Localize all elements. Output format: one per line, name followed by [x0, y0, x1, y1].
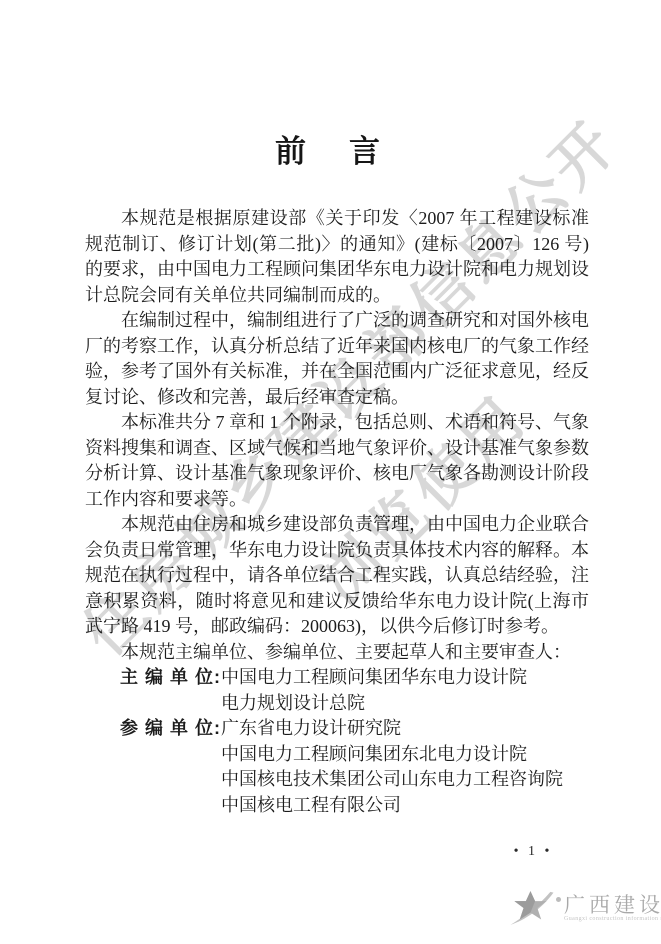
unit-name: 中国电力工程顾问集团东北电力设计院 [221, 742, 589, 768]
registered-dot-icon [556, 897, 561, 902]
preface-body: 本规范是根据原建设部《关于印发〈2007 年工程建设标准规范制订、修订计划(第二… [85, 206, 589, 818]
chief-editor-unit-row: 主 编 单 位: 中国电力工程顾问集团华东电力设计院 电力规划设计总院 [85, 665, 589, 716]
chief-editor-unit-names: 中国电力工程顾问集团华东电力设计院 电力规划设计总院 [221, 665, 589, 716]
page-title: 前 言 [0, 126, 661, 171]
participating-unit-label: 参 编 单 位: [85, 716, 221, 742]
logo-text-block: 广西建设网 Guangxi construction information n… [564, 894, 661, 922]
chief-editor-unit-label: 主 编 单 位: [85, 665, 221, 691]
paragraph-2: 在编制过程中，编制组进行了广泛的调查研究和对国外核电厂的考察工作，认真分析总结了… [85, 308, 589, 410]
page-number: • 1 • [488, 844, 578, 860]
paragraph-3: 本标准共分 7 章和 1 个附录，包括总则、术语和符号、气象资料搜集和调查、区域… [85, 410, 589, 512]
participating-unit-names: 广东省电力设计研究院 中国电力工程顾问集团东北电力设计院 中国核电技术集团公司山… [221, 716, 589, 818]
star-icon [509, 888, 555, 928]
document-page: 住房城乡建设部信息公开 浏览使用 前 言 本规范是根据原建设部《关于印发〈200… [0, 0, 661, 944]
paragraph-4: 本规范由住房和城乡建设部负责管理，由中国电力企业联合会负责日常管理，华东电力设计… [85, 512, 589, 640]
unit-name: 电力规划设计总院 [221, 691, 589, 717]
paragraph-1: 本规范是根据原建设部《关于印发〈2007 年工程建设标准规范制订、修订计划(第二… [85, 206, 589, 308]
logo-site-name: 广西建设网 [564, 894, 661, 916]
paragraph-5: 本规范主编单位、参编单位、主要起草人和主要审查人： [85, 640, 589, 666]
logo-tagline: Guangxi construction information network [564, 916, 661, 922]
unit-name: 中国核电技术集团公司山东电力工程咨询院 [221, 767, 589, 793]
unit-name: 中国电力工程顾问集团华东电力设计院 [221, 665, 589, 691]
unit-name: 广东省电力设计研究院 [221, 716, 589, 742]
site-logo: 广西建设网 Guangxi construction information n… [509, 888, 661, 928]
participating-unit-row: 参 编 单 位: 广东省电力设计研究院 中国电力工程顾问集团东北电力设计院 中国… [85, 716, 589, 818]
unit-name: 中国核电工程有限公司 [221, 793, 589, 819]
